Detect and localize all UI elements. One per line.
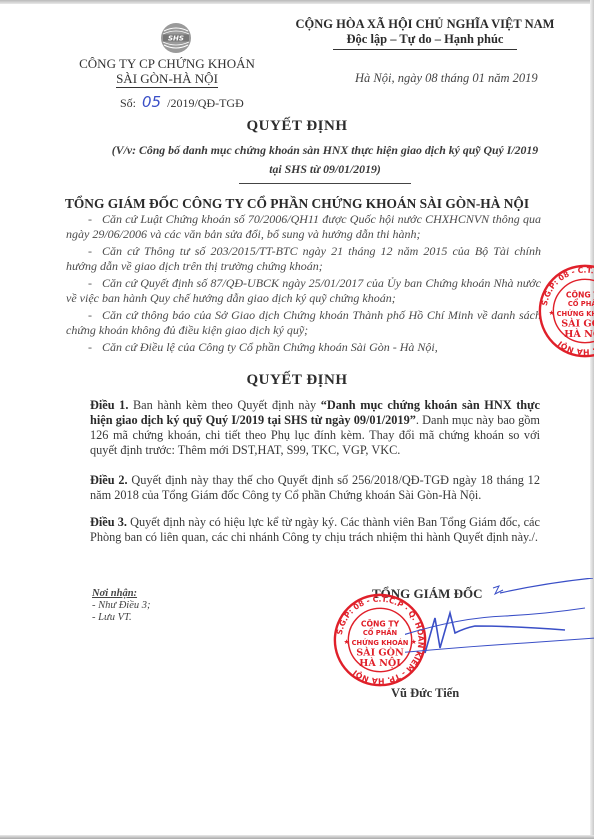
svg-text:CỔ PHẦN: CỔ PHẦN (568, 298, 594, 308)
bullet-dash: - (88, 212, 92, 227)
legal-basis-text: Căn cứ Thông tư số 203/2015/TT-BTC ngày … (66, 244, 541, 273)
scan-bottom-edge (0, 835, 594, 839)
legal-basis-5: Căn cứ Điều lệ của Công ty Cổ phần Chứng… (66, 340, 541, 355)
svg-text:SÀI GÒN: SÀI GÒN (561, 317, 594, 329)
national-motto: Độc lập – Tự do – Hạnh phúc (333, 32, 518, 50)
scan-top-edge (0, 0, 594, 4)
national-header: CỘNG HÒA XÃ HỘI CHỦ NGHĨA VIỆT NAM Độc l… (270, 17, 580, 50)
article-label: Điều 1. (90, 398, 128, 412)
article-2: Điều 2. Quyết định này thay thế cho Quyế… (90, 473, 540, 503)
company-line2: SÀI GÒN-HÀ NỘI (116, 71, 218, 88)
article-text: Ban hành kèm theo Quyết định này (128, 398, 320, 412)
svg-text:★: ★ (344, 638, 350, 646)
legal-basis-text: Căn cứ Quyết định số 87/QĐ-UBCK ngày 25/… (66, 276, 541, 305)
legal-basis-text: Căn cứ Điều lệ của Công ty Cổ phần Chứng… (102, 340, 438, 354)
subject-line2: tại SHS từ 09/01/2019) (239, 160, 411, 184)
issuing-authority: TỔNG GIÁM ĐỐC CÔNG TY CỔ PHẦN CHỨNG KHOÁ… (0, 196, 594, 212)
doc-number-prefix: Số: (120, 96, 136, 110)
dateline: Hà Nội, ngày 08 tháng 01 năm 2019 (355, 71, 538, 86)
subject-line1: (V/v: Công bố danh mục chứng khoán sàn H… (100, 141, 550, 160)
side-stamp-icon: S.G.P: 08 - C.T.C.P · Q. HOÀN KIẾM - TP.… (537, 263, 594, 359)
bullet-dash: - (88, 308, 92, 323)
svg-text:CHỨNG KHOÁN: CHỨNG KHOÁN (557, 309, 594, 318)
svg-text:HÀ NỘI: HÀ NỘI (564, 328, 594, 340)
svg-text:HÀ NỘI: HÀ NỘI (359, 657, 401, 669)
company-line1: CÔNG TY CP CHỨNG KHOÁN (60, 56, 274, 71)
legal-basis-4: Căn cứ thông báo của Sở Giao dịch Chứng … (66, 308, 541, 338)
subject: (V/v: Công bố danh mục chứng khoán sàn H… (100, 141, 550, 184)
article-label: Điều 2. (90, 473, 128, 487)
shs-logo-icon: SHS (160, 22, 192, 54)
svg-text:CHỨNG KHOÁN: CHỨNG KHOÁN (352, 638, 409, 647)
doc-number-handwritten: 05 (142, 93, 161, 111)
recipients: Nơi nhận: - Như Điều 3; - Lưu VT. (92, 588, 151, 624)
article-text: Quyết định này thay thế cho Quyết định s… (90, 473, 540, 502)
svg-text:★: ★ (549, 309, 555, 317)
svg-text:CÔNG TY: CÔNG TY (361, 620, 400, 629)
signature-icon (405, 578, 594, 668)
recipients-heading: Nơi nhận: (92, 588, 151, 600)
svg-text:SÀI GÒN: SÀI GÒN (356, 646, 404, 658)
legal-basis-2: Căn cứ Thông tư số 203/2015/TT-BTC ngày … (66, 244, 541, 274)
svg-text:SHS: SHS (168, 35, 184, 43)
article-label: Điều 3. (90, 515, 127, 529)
svg-text:CÔNG TY: CÔNG TY (566, 291, 594, 300)
svg-text:CỔ PHẦN: CỔ PHẦN (363, 627, 397, 637)
document-number: Số:05/2019/QĐ-TGĐ (120, 93, 244, 111)
legal-basis-text: Căn cứ Luật Chứng khoán số 70/2006/QH11 … (66, 212, 541, 241)
legal-basis-1: Căn cứ Luật Chứng khoán số 70/2006/QH11 … (66, 212, 541, 242)
company-name: CÔNG TY CP CHỨNG KHOÁN SÀI GÒN-HÀ NỘI (60, 56, 274, 88)
doc-number-suffix: /2019/QĐ-TGĐ (167, 96, 244, 110)
signatory-name: Vũ Đức Tiến (391, 686, 459, 701)
decision-title: QUYẾT ĐỊNH (0, 372, 594, 389)
legal-basis-3: Căn cứ Quyết định số 87/QĐ-UBCK ngày 25/… (66, 276, 541, 306)
recipient-item: - Lưu VT. (92, 612, 151, 624)
document-title: QUYẾT ĐỊNH (0, 118, 594, 135)
bullet-dash: - (88, 276, 92, 291)
recipient-item: - Như Điều 3; (92, 600, 151, 612)
article-text: Quyết định này có hiệu lực kể từ ngày ký… (90, 515, 540, 544)
article-3: Điều 3. Quyết định này có hiệu lực kể từ… (90, 515, 540, 545)
bullet-dash: - (88, 244, 92, 259)
article-1: Điều 1. Ban hành kèm theo Quyết định này… (90, 398, 540, 458)
bullet-dash: - (88, 340, 92, 355)
legal-basis-text: Căn cứ thông báo của Sở Giao dịch Chứng … (66, 308, 541, 337)
nation-name: CỘNG HÒA XÃ HỘI CHỦ NGHĨA VIỆT NAM (270, 17, 580, 32)
